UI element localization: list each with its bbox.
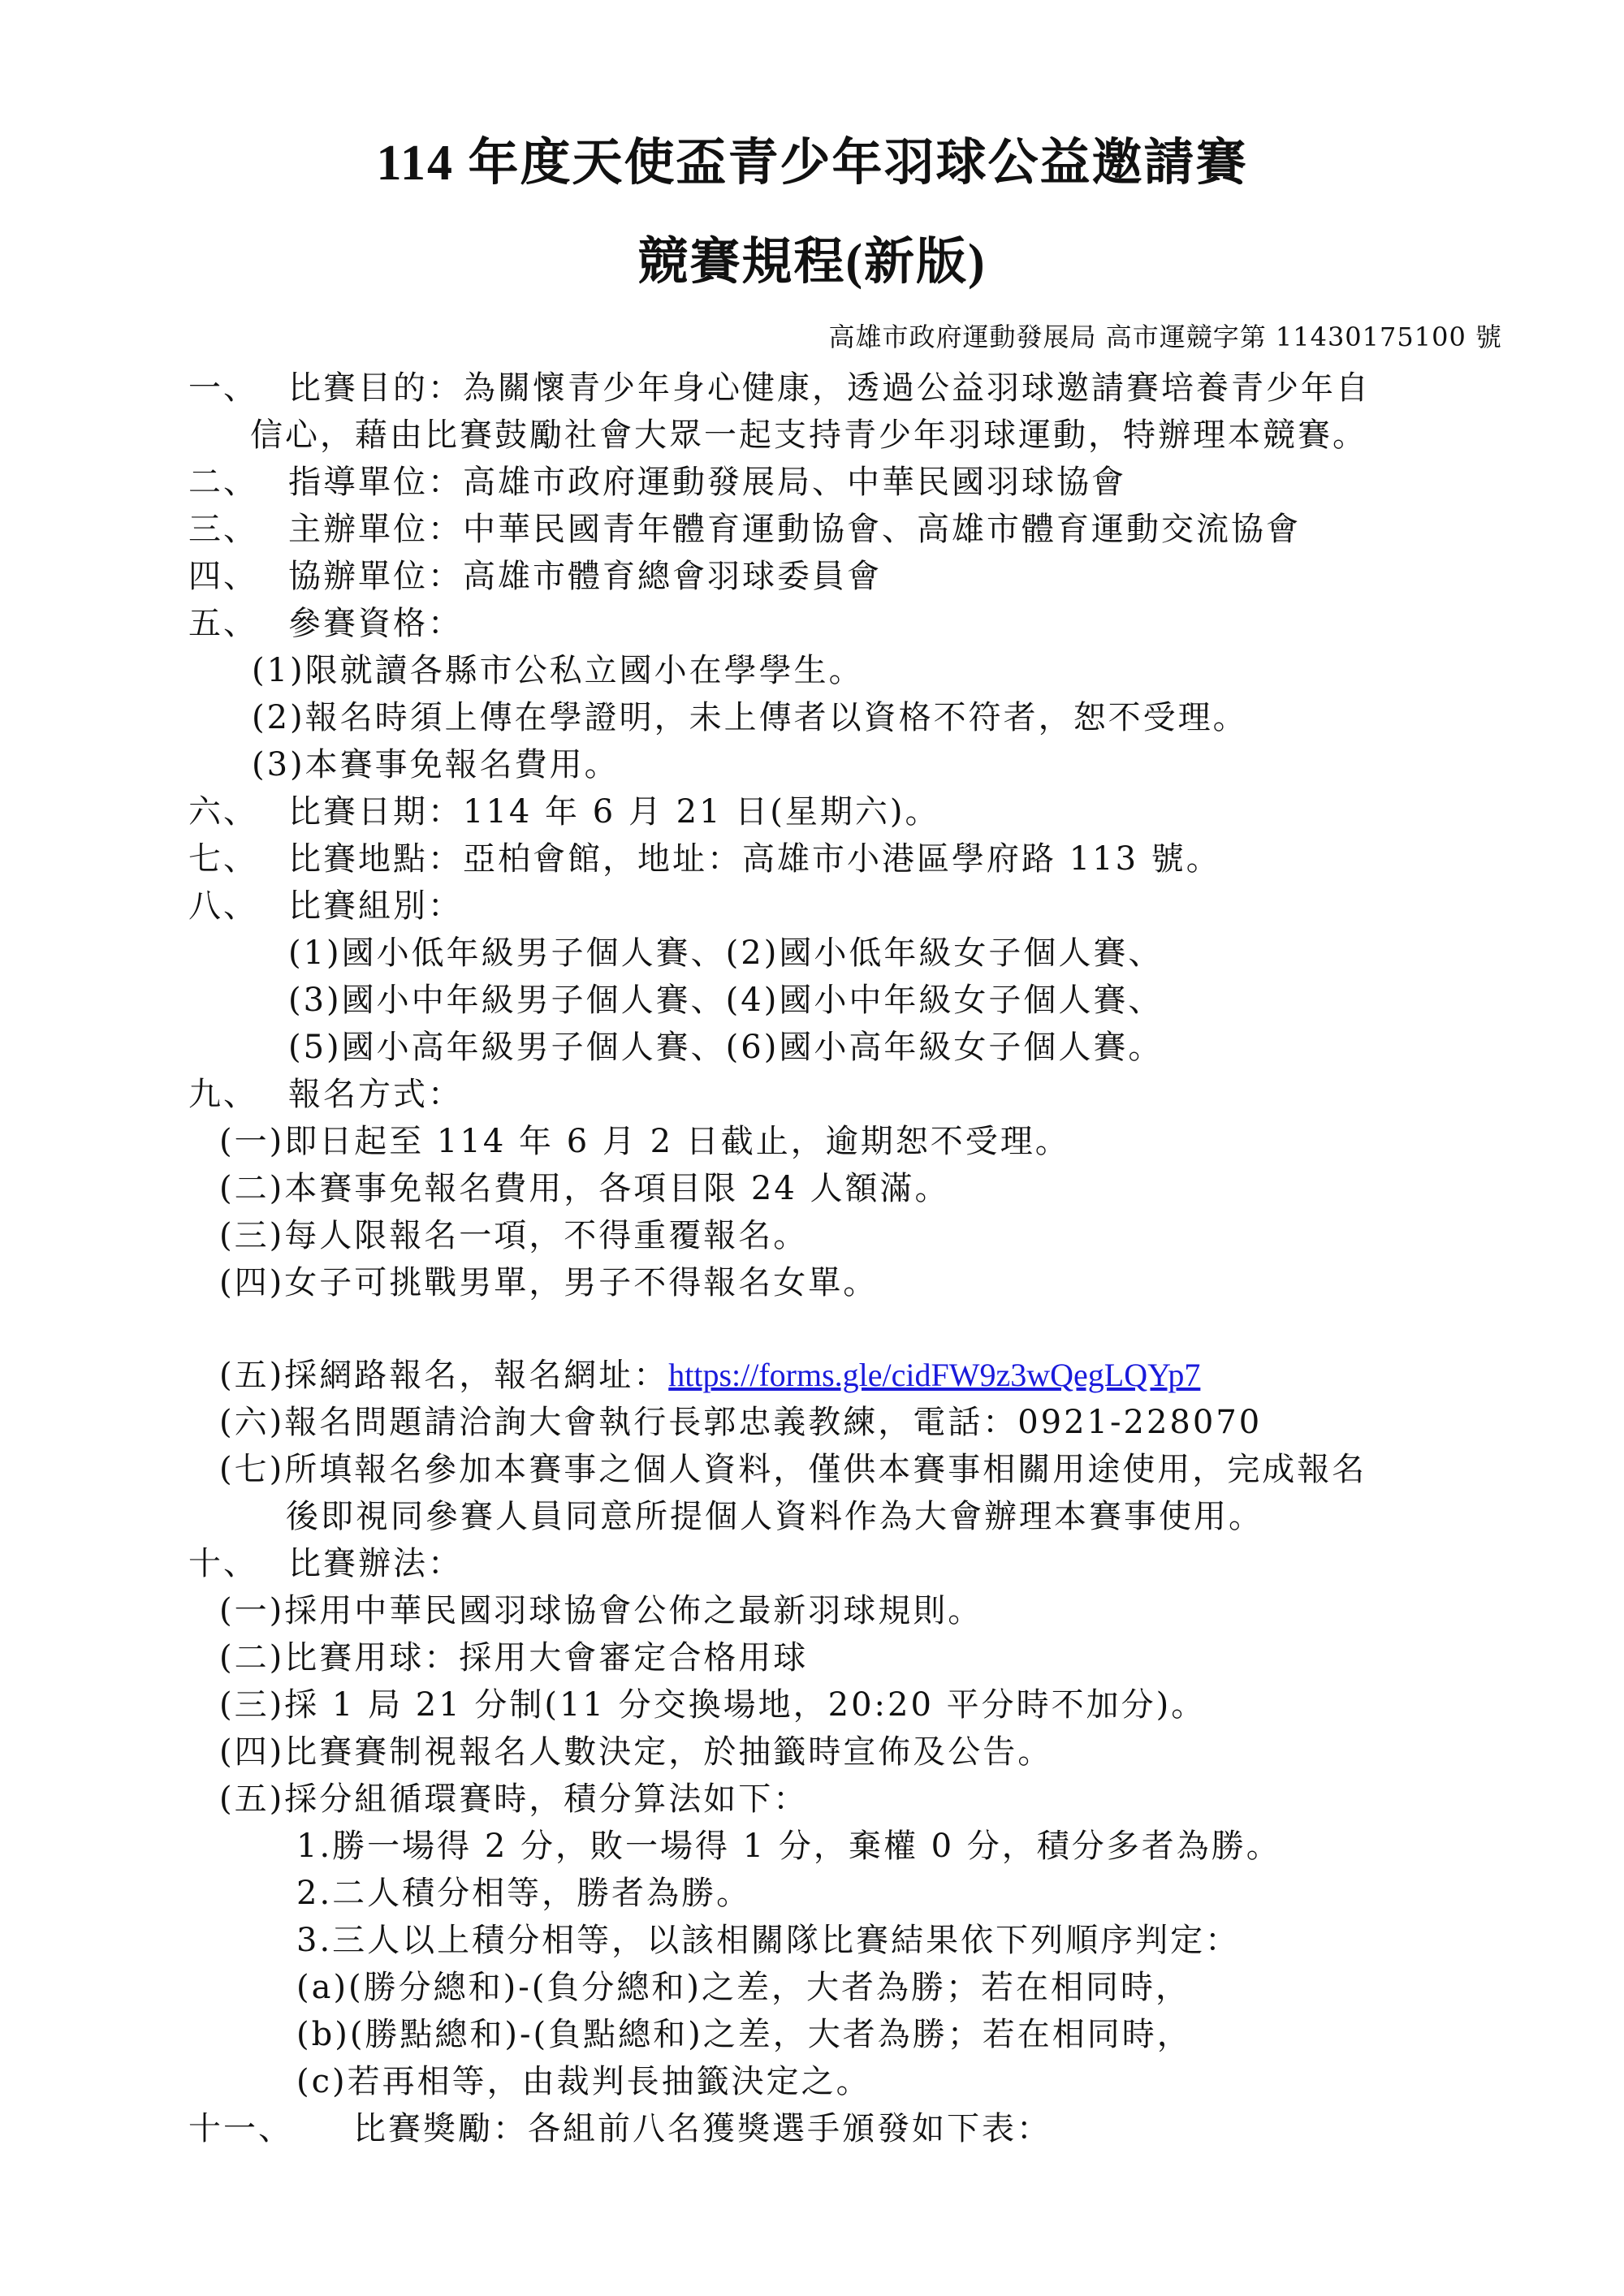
- section-6-number: 六、: [188, 791, 258, 833]
- section-5-number: 五、: [188, 602, 258, 645]
- section-3-organizer: 主辦單位：中華民國青年體育運動協會、高雄市體育運動交流協會: [288, 508, 1301, 550]
- section-9-registration: 報名方式：: [288, 1073, 463, 1116]
- registration-item: (一)即日起至 114 年 6 月 2 日截止，逾期恕不受理。: [219, 1120, 1070, 1163]
- registration-item: (三)每人限報名一項，不得重覆報名。: [219, 1215, 808, 1257]
- category-item: (3)國小中年級男子個人賽、(4)國小中年級女子個人賽、: [288, 979, 1163, 1021]
- section-1-number: 一、: [188, 367, 258, 409]
- registration-item-contact: (六)報名問題請洽詢大會執行長郭忠義教練，電話：0921-228070: [219, 1401, 1262, 1444]
- section-1-purpose-cont: 信心，藉由比賽鼓勵社會大眾一起支持青少年羽球運動，特辦理本競賽。: [250, 414, 1367, 456]
- category-item: (1)國小低年級男子個人賽、(2)國小低年級女子個人賽、: [288, 932, 1163, 974]
- rules-item: (二)比賽用球：採用大會審定合格用球: [219, 1637, 808, 1679]
- scoring-rule: 1.勝一場得 2 分，敗一場得 1 分，棄權 0 分，積分多者為勝。: [296, 1825, 1281, 1867]
- rules-item: (一)採用中華民國羽球協會公佈之最新羽球規則。: [219, 1590, 983, 1632]
- section-6-date: 比賽日期：114 年 6 月 21 日(星期六)。: [288, 791, 939, 833]
- document-title: 114 年度天使盃青少年羽球公益邀請賽: [0, 122, 1624, 194]
- section-1-purpose: 比賽目的：為關懷青少年身心健康，透過公益羽球邀請賽培養青少年自: [288, 367, 1371, 409]
- section-7-number: 七、: [188, 838, 258, 880]
- eligibility-item: (2)報名時須上傳在學證明，未上傳者以資格不符者，恕不受理。: [252, 697, 1248, 739]
- section-4-number: 四、: [188, 555, 258, 598]
- section-7-venue: 比賽地點：亞柏會館，地址：高雄市小港區學府路 113 號。: [288, 838, 1221, 880]
- scoring-rule: (b)(勝點總和)-(負點總和)之差，大者為勝；若在相同時，: [296, 2013, 1192, 2056]
- rules-item: (五)採分組循環賽時，積分算法如下：: [219, 1778, 808, 1820]
- eligibility-item: (1)限就讀各縣市公私立國小在學學生。: [252, 650, 864, 692]
- section-10-number: 十、: [188, 1543, 258, 1585]
- section-3-number: 三、: [188, 508, 258, 550]
- registration-online-label: (五)採網路報名，報名網址：: [219, 1357, 668, 1394]
- section-11-awards: 比賽獎勵：各組前八名獲獎選手頒發如下表：: [353, 2108, 1052, 2150]
- approval-reference: 高雄市政府運動發展局 高市運競字第 11430175100 號: [829, 317, 1502, 354]
- section-2-guidance: 指導單位：高雄市政府運動發展局、中華民國羽球協會: [288, 461, 1126, 503]
- section-11-number: 十一、: [188, 2108, 293, 2150]
- registration-item-privacy: (七)所填報名參加本賽事之個人資料，僅供本賽事相關用途使用，完成報名: [219, 1448, 1367, 1491]
- registration-item: (二)本賽事免報名費用，各項目限 24 人額滿。: [219, 1167, 950, 1210]
- section-8-number: 八、: [188, 885, 258, 927]
- rules-item: (四)比賽賽制視報名人數決定，於抽籤時宣佈及公告。: [219, 1731, 1052, 1773]
- eligibility-item: (3)本賽事免報名費用。: [252, 744, 620, 786]
- section-4-coorganizer: 協辦單位：高雄市體育總會羽球委員會: [288, 555, 882, 598]
- document-subtitle: 競賽規程(新版): [0, 221, 1624, 293]
- registration-item: (四)女子可挑戰男單，男子不得報名女單。: [219, 1262, 878, 1304]
- scoring-rule: (a)(勝分總和)-(負分總和)之差，大者為勝；若在相同時，: [296, 1966, 1190, 2009]
- registration-item-privacy-cont: 後即視同參賽人員同意所提個人資料作為大會辦理本賽事使用。: [286, 1495, 1263, 1538]
- rules-item: (三)採 1 局 21 分制(11 分交換場地，20:20 平分時不加分)。: [219, 1684, 1206, 1726]
- registration-item-online: (五)採網路報名，報名網址：https://forms.gle/cidFW9z3…: [219, 1354, 1200, 1396]
- section-2-number: 二、: [188, 461, 258, 503]
- signup-form-link[interactable]: https://forms.gle/cidFW9z3wQegLQYp7: [668, 1357, 1200, 1393]
- scoring-rule: 2.二人積分相等，勝者為勝。: [296, 1872, 751, 1914]
- scoring-rule: 3.三人以上積分相等，以該相關隊比賽結果依下列順序判定：: [296, 1919, 1240, 1962]
- section-9-number: 九、: [188, 1073, 258, 1116]
- section-10-rules: 比賽辦法：: [288, 1543, 463, 1585]
- section-8-categories: 比賽組別：: [288, 885, 463, 927]
- scoring-rule: (c)若再相等，由裁判長抽籤決定之。: [296, 2061, 871, 2103]
- category-item: (5)國小高年級男子個人賽、(6)國小高年級女子個人賽。: [288, 1026, 1163, 1068]
- section-5-eligibility: 參賽資格：: [288, 602, 463, 645]
